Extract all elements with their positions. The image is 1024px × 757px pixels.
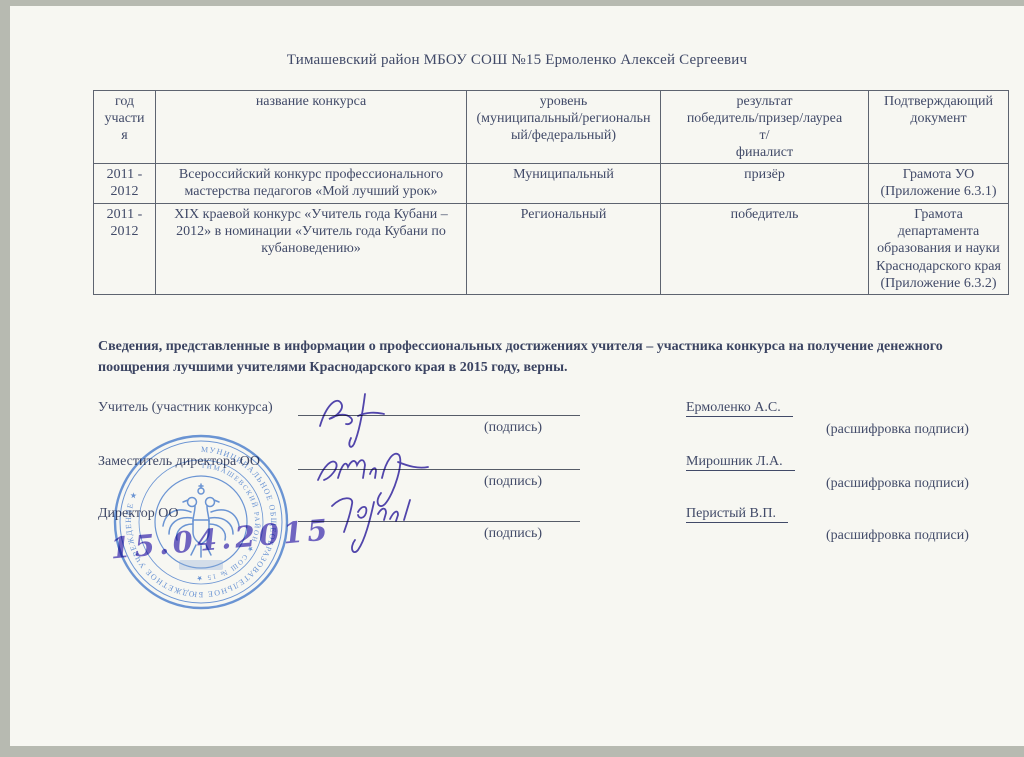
header-year: год участи я (94, 91, 156, 164)
signer-name: Мирошник Л.А. (686, 454, 795, 471)
cell-contest: XIX краевой конкурс «Учитель года Кубани… (156, 204, 467, 294)
table-row: 2011 - 2012 XIX краевой конкурс «Учитель… (94, 204, 1009, 294)
document-title: Тимашевский район МБОУ СОШ №15 Ермоленко… (10, 52, 1024, 69)
header-level: уровень (муниципальный/региональн ый/фед… (467, 91, 661, 164)
cell-result: призёр (661, 164, 869, 204)
cell-contest: Всероссийский конкурс профессионального … (156, 164, 467, 204)
signer-name: Ермоленко А.С. (686, 400, 793, 417)
handwritten-signature-director (318, 488, 458, 562)
cell-document: Грамота УО (Приложение 6.3.1) (869, 164, 1009, 204)
verification-statement: Сведения, представленные в информации о … (98, 336, 1018, 378)
signer-role: Учитель (участник конкурса) (98, 400, 273, 416)
transcript-caption: (расшифровка подписи) (826, 476, 969, 492)
achievements-table: год участи я название конкурса уровень (… (93, 90, 1009, 295)
cell-level: Региональный (467, 204, 661, 294)
stamp-smudge (179, 560, 223, 570)
cell-result: победитель (661, 204, 869, 294)
scanned-document-page: Тимашевский район МБОУ СОШ №15 Ермоленко… (10, 6, 1024, 746)
cell-year: 2011 - 2012 (94, 164, 156, 204)
table-header-row: год участи я название конкурса уровень (… (94, 91, 1009, 164)
table-row: 2011 - 2012 Всероссийский конкурс профес… (94, 164, 1009, 204)
cell-year: 2011 - 2012 (94, 204, 156, 294)
cell-document: Грамота департамента образования и науки… (869, 204, 1009, 294)
transcript-caption: (расшифровка подписи) (826, 422, 969, 438)
header-result: результат победитель/призер/лауреа т/ фи… (661, 91, 869, 164)
header-document: Подтверждающий документ (869, 91, 1009, 164)
header-contest-name: название конкурса (156, 91, 467, 164)
signer-name: Перистый В.П. (686, 506, 788, 523)
cell-level: Муниципальный (467, 164, 661, 204)
transcript-caption: (расшифровка подписи) (826, 528, 969, 544)
